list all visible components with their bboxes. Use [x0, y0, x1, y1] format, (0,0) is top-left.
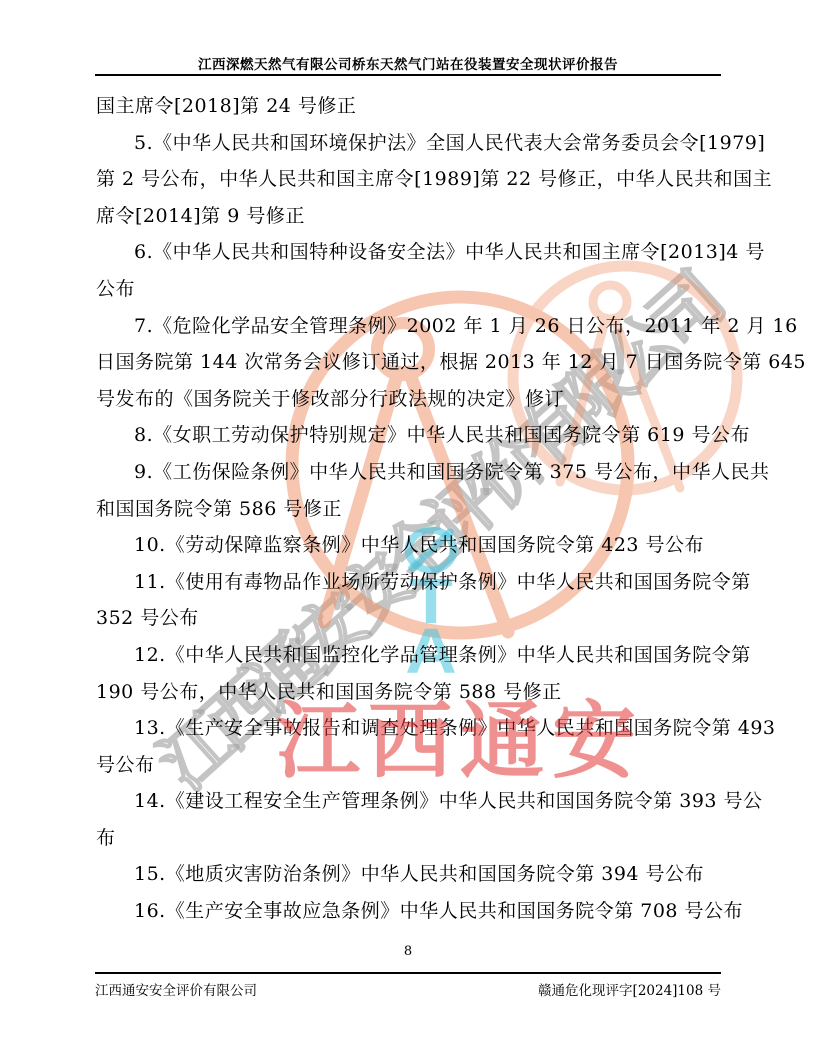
- body-line: 352 号公布: [96, 600, 724, 637]
- body-line: 190 号公布，中华人民共和国国务院令第 588 号修正: [96, 674, 724, 711]
- body-line: 第 2 号公布，中华人民共和国主席令[1989]第 22 号修正，中华人民共和国…: [96, 161, 724, 198]
- body-line: 5.《中华人民共和国环境保护法》全国人民代表大会常务委员会令[1979]: [96, 125, 724, 162]
- header-rule: [95, 74, 721, 76]
- body-text: 国主席令[2018]第 24 号修正5.《中华人民共和国环境保护法》全国人民代表…: [96, 88, 724, 930]
- footer-company: 江西通安安全评价有限公司: [95, 979, 257, 999]
- footer: 江西通安安全评价有限公司 赣通危化现评字[2024]108 号: [95, 979, 721, 999]
- body-line: 10.《劳动保障监察条例》中华人民共和国国务院令第 423 号公布: [96, 527, 724, 564]
- body-line: 9.《工伤保险条例》中华人民共和国国务院令第 375 号公布，中华人民共: [96, 454, 724, 491]
- body-line: 12.《中华人民共和国监控化学品管理条例》中华人民共和国国务院令第: [96, 637, 724, 674]
- body-line: 16.《生产安全事故应急条例》中华人民共和国国务院令第 708 号公布: [96, 893, 724, 930]
- body-line: 号发布的《国务院关于修改部分行政法规的决定》修订: [96, 381, 724, 418]
- report-header-title: 江西深燃天然气有限公司桥东天然气门站在役装置安全现状评价报告: [0, 53, 816, 73]
- body-line: 14.《建设工程安全生产管理条例》中华人民共和国国务院令第 393 号公: [96, 783, 724, 820]
- body-line: 8.《女职工劳动保护特别规定》中华人民共和国国务院令第 619 号公布: [96, 417, 724, 454]
- body-line: 和国国务院令第 586 号修正: [96, 491, 724, 528]
- body-line: 布: [96, 820, 724, 857]
- body-line: 国主席令[2018]第 24 号修正: [96, 88, 724, 125]
- body-line: 11.《使用有毒物品作业场所劳动保护条例》中华人民共和国国务院令第: [96, 564, 724, 601]
- body-line: 7.《危险化学品安全管理条例》2002 年 1 月 26 日公布，2011 年 …: [96, 308, 724, 345]
- body-line: 席令[2014]第 9 号修正: [96, 198, 724, 235]
- page-number: 8: [0, 944, 816, 959]
- body-line: 号公布: [96, 747, 724, 784]
- body-line: 15.《地质灾害防治条例》中华人民共和国国务院令第 394 号公布: [96, 856, 724, 893]
- body-line: 6.《中华人民共和国特种设备安全法》中华人民共和国主席令[2013]4 号: [96, 234, 724, 271]
- body-line: 公布: [96, 271, 724, 308]
- body-line: 13.《生产安全事故报告和调查处理条例》中华人民共和国国务院令第 493: [96, 710, 724, 747]
- report-page: 江西通安安全评价有限公司 TA 江西通安: [0, 0, 816, 1056]
- body-line: 日国务院第 144 次常务会议修订通过，根据 2013 年 12 月 7 日国务…: [96, 344, 724, 381]
- footer-rule: [95, 972, 721, 974]
- footer-doc-number: 赣通危化现评字[2024]108 号: [538, 979, 721, 999]
